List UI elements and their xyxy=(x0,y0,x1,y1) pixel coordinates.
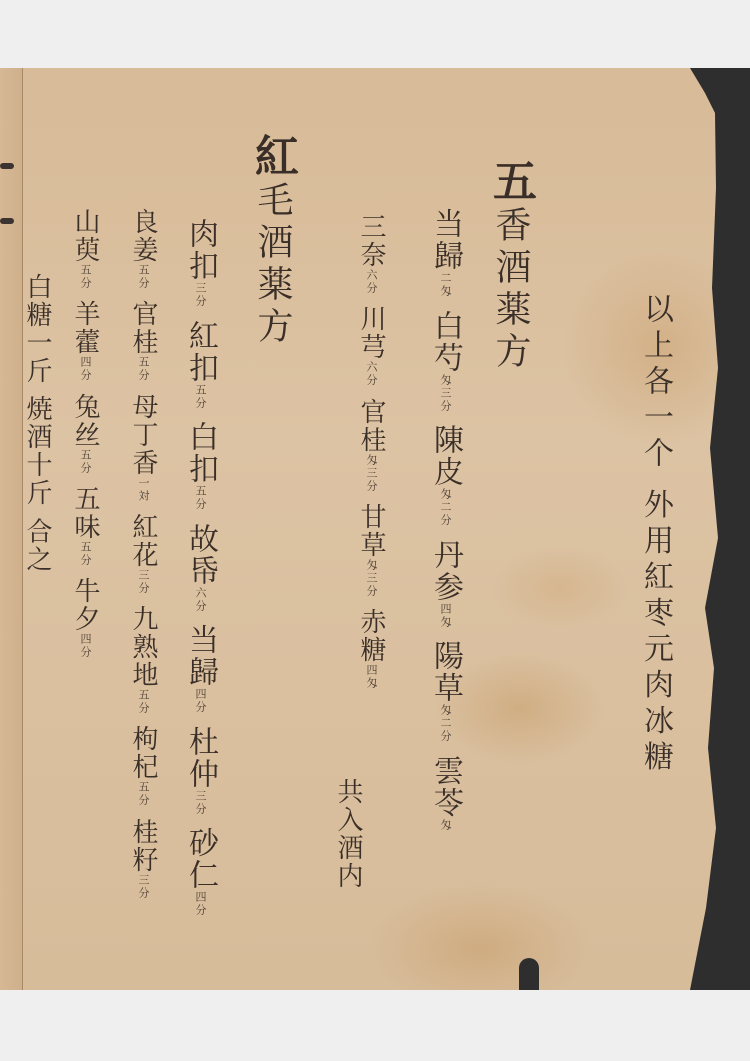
scanned-page: 以上各一个 外用紅枣元肉冰糖 五香酒薬方 当歸二匁 白芍匁三分 陳皮匁二分 丹参… xyxy=(0,68,750,990)
adjacent-page-ink-mark xyxy=(0,163,14,169)
ingredient: 肉扣三分 xyxy=(183,218,218,308)
ingredient: 甘草匁三分 xyxy=(356,503,386,598)
ingredient: 当歸四分 xyxy=(183,624,218,714)
recipe-2-line-1: 肉扣三分 紅扣五分 白扣五分 故帋六分 当歸四分 杜仲三分 砂仁四分 xyxy=(185,218,215,917)
ink-blot xyxy=(519,958,539,990)
recipe-1-line-2: 三奈六分 川芎六分 官桂匁三分 甘草匁三分 赤糖四匁 xyxy=(358,213,384,690)
ingredient: 白芍匁三分 xyxy=(428,310,463,413)
ingredient: 丹参四匁 xyxy=(428,539,463,629)
recipe-2-title-rest: 毛酒薬方 xyxy=(252,181,293,349)
ingredient: 三奈六分 xyxy=(356,213,386,295)
ingredient: 九熟地五分 xyxy=(128,605,158,715)
ingredient: 杜仲三分 xyxy=(183,726,218,816)
ingredient: 故帋六分 xyxy=(183,523,218,613)
recipe-2-line-2: 良姜五分 官桂五分 母丁香一対 紅花三分 九熟地五分 枸杞五分 桂籽三分 xyxy=(130,208,156,900)
recipe-1-title-char: 五 xyxy=(485,158,536,206)
ingredient: 当歸二匁 xyxy=(428,208,463,298)
adjacent-page-edge xyxy=(0,68,23,990)
ingredient: 赤糖四匁 xyxy=(356,608,386,690)
ingredient: 枸杞五分 xyxy=(128,725,158,807)
ingredient: 母丁香一対 xyxy=(128,393,158,503)
ingredient: 良姜五分 xyxy=(128,208,158,290)
ingredient: 陽草匁二分 xyxy=(428,640,463,743)
summary-note: 以上各一个 外用紅枣元肉冰糖 xyxy=(640,293,670,777)
ingredient: 紅花三分 xyxy=(128,513,158,595)
recipe-1-title: 五香酒薬方 xyxy=(488,158,532,374)
recipe-2-footer: 白糖一斤 焼酒十斤 合之 xyxy=(24,273,50,574)
ingredient: 紅扣五分 xyxy=(183,320,218,410)
ingredient: 兔丝五分 xyxy=(70,393,100,475)
ingredient: 川芎六分 xyxy=(356,305,386,387)
ingredient: 陳皮匁二分 xyxy=(428,424,463,527)
ingredient: 五味五分 xyxy=(70,485,100,567)
ingredient: 桂籽三分 xyxy=(128,818,158,900)
ingredient: 牛夕四分 xyxy=(70,577,100,659)
recipe-2-title-char: 紅 xyxy=(247,133,298,181)
recipe-2-title: 紅毛酒薬方 xyxy=(250,133,294,349)
ingredient: 官桂匁三分 xyxy=(356,398,386,493)
ingredient: 山萸五分 xyxy=(70,208,100,290)
ingredient: 官桂五分 xyxy=(128,300,158,382)
ingredient: 雲苓匁 xyxy=(428,755,463,832)
ingredient: 砂仁四分 xyxy=(183,827,218,917)
recipe-1-title-rest: 香酒薬方 xyxy=(490,206,531,374)
paper-sheet: 以上各一个 外用紅枣元肉冰糖 五香酒薬方 当歸二匁 白芍匁三分 陳皮匁二分 丹参… xyxy=(0,68,722,990)
ingredient: 白扣五分 xyxy=(183,421,218,511)
adjacent-page-ink-mark xyxy=(0,218,14,224)
recipe-1-footer: 共入酒内 xyxy=(335,778,361,890)
ingredient: 羊藿四分 xyxy=(70,300,100,382)
recipe-2-line-3: 山萸五分 羊藿四分 兔丝五分 五味五分 牛夕四分 xyxy=(72,208,98,659)
recipe-1-line-1: 当歸二匁 白芍匁三分 陳皮匁二分 丹参四匁 陽草匁二分 雲苓匁 xyxy=(430,208,460,832)
